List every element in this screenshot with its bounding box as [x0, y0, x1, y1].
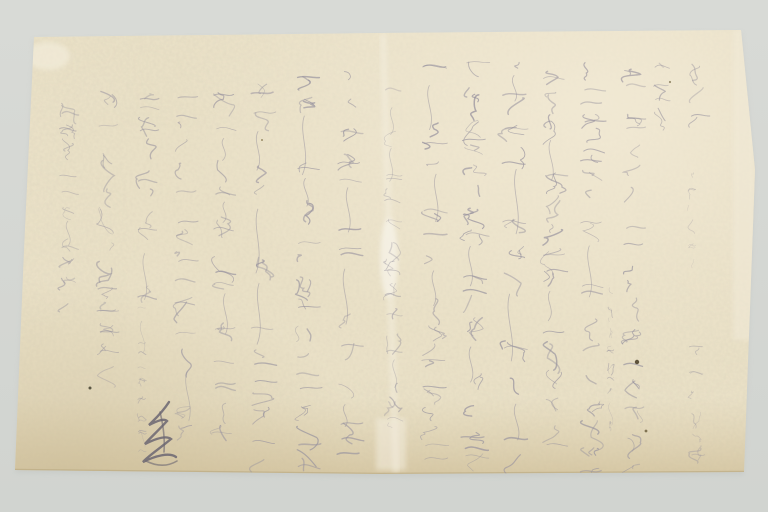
paper-texture — [0, 20, 768, 490]
foxing-speck — [669, 81, 671, 83]
foxing-speck — [261, 139, 263, 141]
foxing-speck — [89, 387, 92, 390]
letter-photograph — [0, 0, 768, 512]
foxing-speck — [645, 430, 648, 433]
foxing-speck — [635, 360, 639, 364]
handwriting-stroke — [251, 92, 273, 93]
paper-sheet — [0, 20, 768, 490]
